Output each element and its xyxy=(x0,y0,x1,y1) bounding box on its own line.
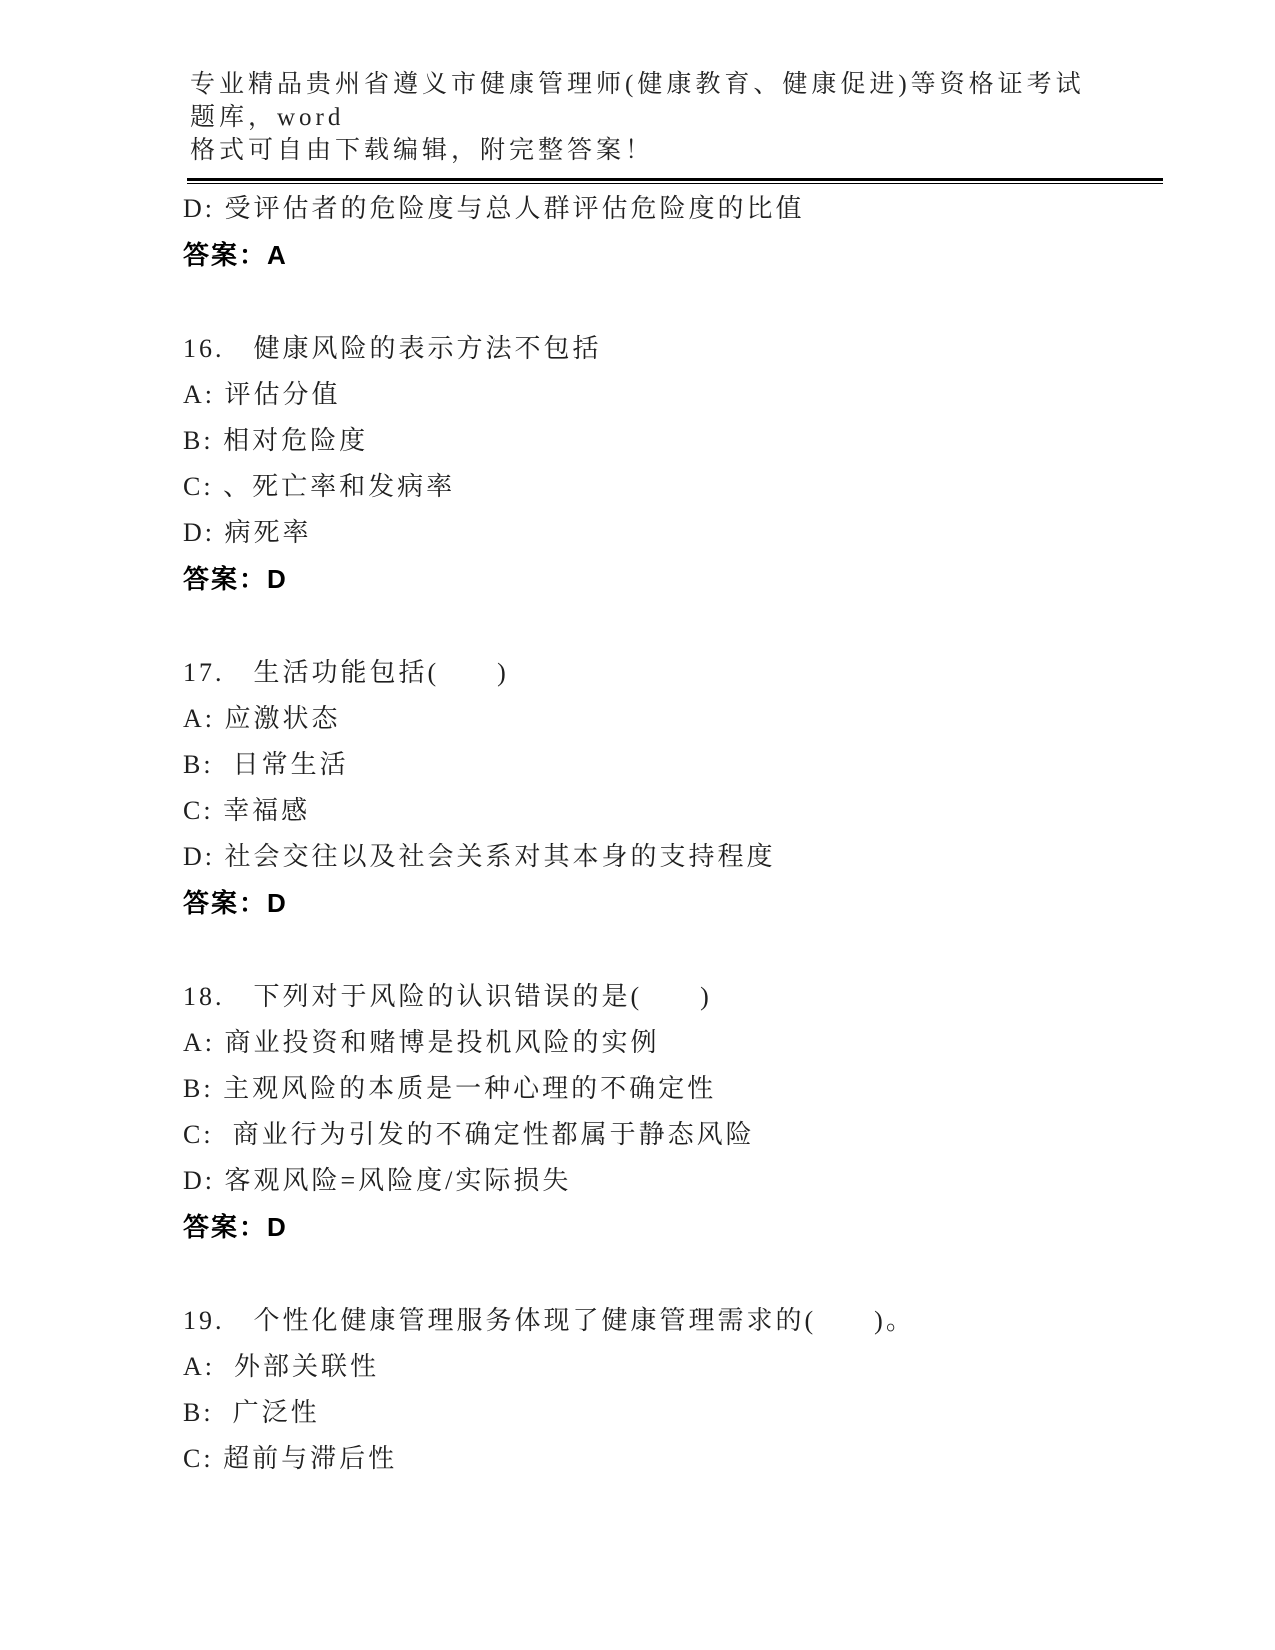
option-line-b: B: 日常生活 xyxy=(183,742,1193,788)
option-line-c: C: 商业行为引发的不确定性都属于静态风险 xyxy=(183,1112,1193,1158)
document-page: 专业精品贵州省遵义市健康管理师(健康教育、健康促进)等资格证考试题库，word … xyxy=(0,0,1275,1650)
option-line-b: B: 主观风险的本质是一种心理的不确定性 xyxy=(183,1066,1193,1112)
question-stem: 19. 个性化健康管理服务体现了健康管理需求的( )。 xyxy=(183,1298,1193,1344)
document-body: D: 受评估者的危险度与总人群评估危险度的比值 答案：A 16. 健康风险的表示… xyxy=(183,186,1193,1482)
option-line-a: A: 商业投资和赌博是投机风险的实例 xyxy=(183,1020,1193,1066)
option-line-a: A: 应激状态 xyxy=(183,696,1193,742)
question-block-17: 17. 生活功能包括( ) A: 应激状态 B: 日常生活 C: 幸福感 D: … xyxy=(183,650,1193,926)
question-block-19: 19. 个性化健康管理服务体现了健康管理需求的( )。 A: 外部关联性 B: … xyxy=(183,1298,1193,1482)
question-stem: 16. 健康风险的表示方法不包括 xyxy=(183,326,1193,372)
option-line-a: A: 外部关联性 xyxy=(183,1344,1193,1390)
question-stem: 18. 下列对于风险的认识错误的是( ) xyxy=(183,974,1193,1020)
answer-line: 答案：A xyxy=(183,232,1193,278)
option-line-b: B: 相对危险度 xyxy=(183,418,1193,464)
answer-line: 答案：D xyxy=(183,880,1193,926)
page-header: 专业精品贵州省遵义市健康管理师(健康教育、健康促进)等资格证考试题库，word … xyxy=(190,68,1110,167)
question-block-16: 16. 健康风险的表示方法不包括 A: 评估分值 B: 相对危险度 C: 、死亡… xyxy=(183,326,1193,602)
header-text-line2: 格式可自由下载编辑，附完整答案！ xyxy=(190,134,1110,167)
answer-line: 答案：D xyxy=(183,1204,1193,1250)
option-line-c: C: 超前与滞后性 xyxy=(183,1436,1193,1482)
answer-line: 答案：D xyxy=(183,556,1193,602)
header-divider-rule xyxy=(187,178,1163,184)
option-line-b: B: 广泛性 xyxy=(183,1390,1193,1436)
option-line-a: A: 评估分值 xyxy=(183,372,1193,418)
header-text-line1: 专业精品贵州省遵义市健康管理师(健康教育、健康促进)等资格证考试题库，word xyxy=(190,68,1110,134)
option-line-d: D: 社会交往以及社会关系对其本身的支持程度 xyxy=(183,834,1193,880)
question-block-15-continued: D: 受评估者的危险度与总人群评估危险度的比值 答案：A xyxy=(183,186,1193,278)
question-block-18: 18. 下列对于风险的认识错误的是( ) A: 商业投资和赌博是投机风险的实例 … xyxy=(183,974,1193,1250)
option-line-d: D: 病死率 xyxy=(183,510,1193,556)
question-stem: 17. 生活功能包括( ) xyxy=(183,650,1193,696)
option-line-d: D: 客观风险=风险度/实际损失 xyxy=(183,1158,1193,1204)
option-line-d: D: 受评估者的危险度与总人群评估危险度的比值 xyxy=(183,186,1193,232)
option-line-c: C: 、死亡率和发病率 xyxy=(183,464,1193,510)
option-line-c: C: 幸福感 xyxy=(183,788,1193,834)
